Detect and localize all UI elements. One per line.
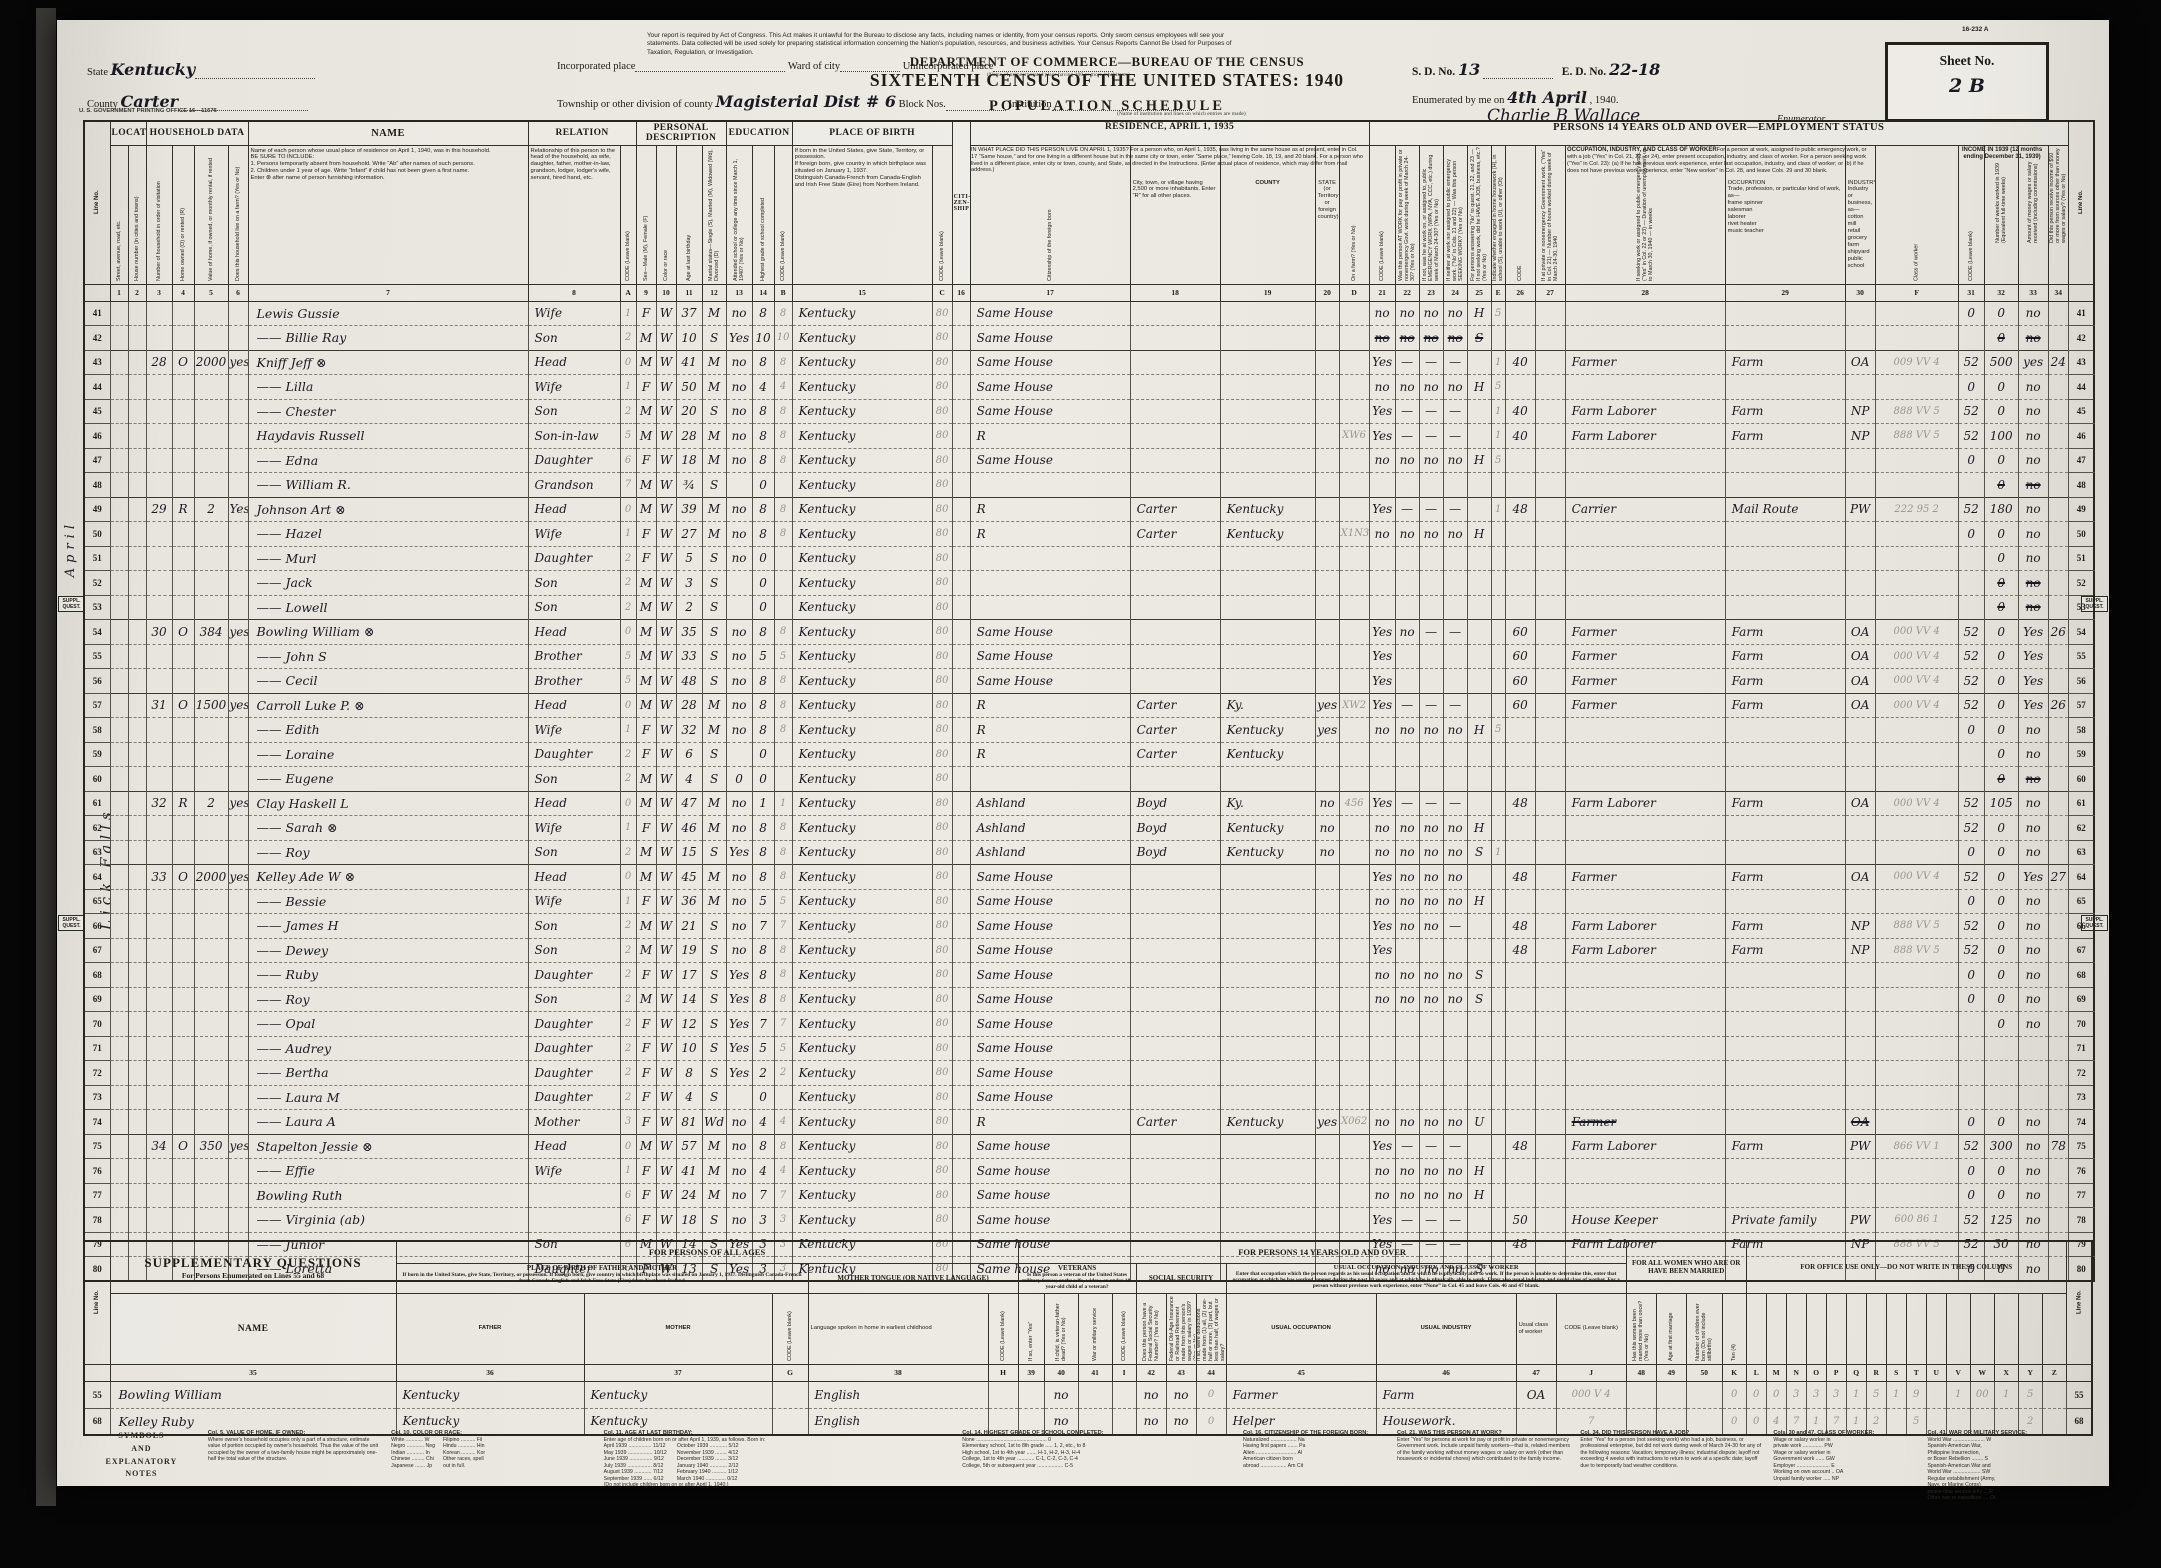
cell-residence-city: Same House <box>970 375 1130 400</box>
cell-code-c: 80 <box>932 1110 952 1135</box>
cap-code-a: CODE (Leave blank) <box>620 145 636 284</box>
cell-residence-city: R <box>970 693 1130 718</box>
cell-residence-city: R <box>970 522 1130 547</box>
cell-birthplace: Kentucky <box>792 1183 932 1208</box>
cell-marital: M <box>702 424 726 449</box>
cell-farm-schedule: 26 <box>2048 693 2068 718</box>
cell-seeking-work <box>1419 546 1443 571</box>
veterans-title: VETERANS <box>1058 1264 1096 1272</box>
cell-residence-county: Carter <box>1130 742 1220 767</box>
cell-birthplace: Kentucky <box>792 987 932 1012</box>
col-number: 2 <box>128 284 146 301</box>
cell-residence-state <box>1220 669 1315 694</box>
cell-citizenship <box>952 1085 970 1110</box>
cell-race: W <box>656 301 676 326</box>
cell-code-e <box>1491 767 1505 792</box>
cell-residence-county <box>1130 1134 1220 1159</box>
cell-residence-county <box>1130 620 1220 645</box>
cell-other-income: no <box>2018 840 2048 865</box>
cell-residence-state: Kentucky <box>1220 522 1315 547</box>
cell-residence-city: R <box>970 742 1130 767</box>
cell-emergency-work <box>1395 1061 1419 1086</box>
cell-owned-rented <box>172 889 194 914</box>
col-number <box>2068 284 2094 301</box>
cell-residence-state: Kentucky <box>1220 718 1315 743</box>
cell-residence-county <box>1130 571 1220 596</box>
cell-code-c: 80 <box>932 938 952 963</box>
cell-house-no <box>128 375 146 400</box>
cell-marital: S <box>702 938 726 963</box>
cell-relation: Son <box>528 987 620 1012</box>
cell-street <box>110 963 128 988</box>
cell-unemp-weeks <box>1535 644 1565 669</box>
office-col <box>1766 1293 1786 1364</box>
cell-household-no: 28 <box>146 350 172 375</box>
cap-have-job: For persons answering “No” to quest. 21,… <box>1467 145 1491 284</box>
cell-code-b <box>774 767 792 792</box>
cell-other-income: no <box>2018 938 2048 963</box>
office-cell: 3 <box>1826 1381 1846 1408</box>
cell-at-work <box>1369 1085 1395 1110</box>
cell-code-f <box>1875 889 1958 914</box>
cell-seeking-work: — <box>1419 1208 1443 1233</box>
cell-relation: Son <box>528 938 620 963</box>
cell-home-value <box>194 571 228 596</box>
sd-value: 13 <box>1458 60 1480 79</box>
cell-seeking-work: no <box>1419 718 1443 743</box>
cell-name: Bowling Ruth <box>248 1183 528 1208</box>
cell-industry <box>1725 1085 1845 1110</box>
cell-attended-school: no <box>726 644 752 669</box>
cell-household-no <box>146 718 172 743</box>
cell-housework-school <box>1467 767 1491 792</box>
explanatory-notes: SYMBOLS AND EXPLANATORY NOTES Col. 5. VA… <box>83 1430 2093 1502</box>
note-col11-b: October 1939 ............ 5/12 November … <box>677 1443 739 1482</box>
cell-household-no <box>146 767 172 792</box>
note-col41: Col. 41. WAR OR MILITARY SERVICE:World W… <box>1927 1430 2093 1502</box>
cell-code-e <box>1491 1183 1505 1208</box>
cell-street <box>110 546 128 571</box>
cell-citizenship <box>952 595 970 620</box>
cell-house-no <box>128 767 146 792</box>
cell-attended-school: no <box>726 448 752 473</box>
cell-unemp-weeks <box>1535 595 1565 620</box>
cell-code-f: 000 VV 4 <box>1875 865 1958 890</box>
suppl-cell-48 <box>1626 1381 1656 1408</box>
cell-industry: Farm <box>1725 938 1845 963</box>
cell-emergency-work: no <box>1395 448 1419 473</box>
cell-code-f <box>1875 1012 1958 1037</box>
cell-seeking-work: no <box>1419 326 1443 351</box>
cell-code-d <box>1339 889 1369 914</box>
cell-seeking-work: — <box>1419 497 1443 522</box>
cell-relation: Son <box>528 914 620 939</box>
cell-age: ¾ <box>676 473 702 498</box>
table-row: 57 31 O 1500 yes Carroll Luke P. ⊗ Head … <box>84 693 2094 718</box>
cell-residence-state <box>1220 424 1315 449</box>
cell-hours <box>1505 326 1535 351</box>
cell-marital: M <box>702 889 726 914</box>
cell-other-income: no <box>2018 424 2048 449</box>
township-value: Magisterial Dist # 6 <box>716 92 896 111</box>
sheet-number-box: Sheet No. 2 B <box>1885 42 2049 122</box>
cell-name: —— Edna <box>248 448 528 473</box>
cell-age: 6 <box>676 742 702 767</box>
cell-code-b: 8 <box>774 350 792 375</box>
cell-wages: 0 <box>1984 718 2018 743</box>
cell-unemp-weeks <box>1535 1012 1565 1037</box>
col-number: 41 <box>1078 1364 1112 1381</box>
cell-other-income: no <box>2018 816 2048 841</box>
cell-relation: Brother <box>528 644 620 669</box>
cell-sex: M <box>636 473 656 498</box>
cell-seeking-work: no <box>1419 865 1443 890</box>
cell-age: 81 <box>676 1110 702 1135</box>
dotted-rule <box>178 99 308 111</box>
cell-housework-school <box>1467 938 1491 963</box>
cell-residence-county: Carter <box>1130 693 1220 718</box>
cell-class-of-worker <box>1845 742 1875 767</box>
col-number: 17 <box>970 284 1130 301</box>
cell-class-of-worker <box>1845 889 1875 914</box>
cell-code-e <box>1491 1085 1505 1110</box>
cell-unemp-weeks <box>1535 301 1565 326</box>
col-number: 7 <box>248 284 528 301</box>
cell-code-f <box>1875 1183 1958 1208</box>
cell-name: —— John S <box>248 644 528 669</box>
cell-class-of-worker: OA <box>1845 1110 1875 1135</box>
office-col <box>1846 1293 1866 1364</box>
symbols-block: SYMBOLS AND EXPLANATORY NOTES <box>83 1430 200 1502</box>
cell-marital: M <box>702 1159 726 1184</box>
cell-house-no <box>128 865 146 890</box>
usual-note: Enter that occupation which the person r… <box>1228 1271 1625 1289</box>
cell-at-work: Yes <box>1369 424 1395 449</box>
cell-race: W <box>656 963 676 988</box>
cell-farm <box>228 522 248 547</box>
cell-attended-school <box>726 742 752 767</box>
cell-class-of-worker: OA <box>1845 865 1875 890</box>
cell-hours: 60 <box>1505 669 1535 694</box>
cell-residence-state <box>1220 963 1315 988</box>
cell-class-of-worker <box>1845 1012 1875 1037</box>
suppl-cap-code-h: CODE (Leave blank) <box>988 1293 1018 1364</box>
pob-note: If born in the United States, give State… <box>398 1272 807 1284</box>
cell-residence-farm <box>1315 497 1339 522</box>
cell-sex: M <box>636 865 656 890</box>
cell-industry <box>1725 767 1845 792</box>
cell-emergency-work <box>1395 473 1419 498</box>
table-row: 44 —— Lilla Wife 1 F W 50 M no 4 4 Kentu… <box>84 375 2094 400</box>
cell-code-b <box>774 1085 792 1110</box>
suppl-cell-code-h <box>988 1381 1018 1408</box>
cell-residence-county: Boyd <box>1130 840 1220 865</box>
cell-have-job: — <box>1443 914 1467 939</box>
cell-age: 27 <box>676 522 702 547</box>
cell-race: W <box>656 767 676 792</box>
cell-household-no <box>146 1085 172 1110</box>
cell-seeking-work: no <box>1419 963 1443 988</box>
col-number: 10 <box>656 284 676 301</box>
cell-citizenship <box>952 424 970 449</box>
col-number: 40 <box>1044 1364 1078 1381</box>
cell-home-value: 350 <box>194 1134 228 1159</box>
cell-at-work: Yes <box>1369 938 1395 963</box>
cell-farm <box>228 742 248 767</box>
cell-wages: 0 <box>1984 1110 2018 1135</box>
cell-class-of-worker <box>1845 840 1875 865</box>
cell-house-no <box>128 914 146 939</box>
cell-race: W <box>656 840 676 865</box>
cell-sex: F <box>636 1183 656 1208</box>
col-number: L <box>1746 1364 1766 1381</box>
cell-residence-state <box>1220 448 1315 473</box>
cell-name: Haydavis Russell <box>248 424 528 449</box>
suppl-cell-43: no <box>1166 1381 1196 1408</box>
cell-weeks-worked: 52 <box>1958 669 1984 694</box>
cell-code-f <box>1875 301 1958 326</box>
table-row: 64 33 O 2000 yes Kelley Ade W ⊗ Head 0 M… <box>84 865 2094 890</box>
cell-other-income: no <box>2018 1183 2048 1208</box>
cell-occupation <box>1565 448 1725 473</box>
cell-code-a: 1 <box>620 1159 636 1184</box>
cell-code-b: 7 <box>774 1183 792 1208</box>
cell-housework-school: S <box>1467 987 1491 1012</box>
cell-owned-rented: O <box>172 693 194 718</box>
cell-unemp-weeks <box>1535 497 1565 522</box>
cap-marital-status: Marital status—Single (S), Married (M), … <box>702 145 726 284</box>
cell-residence-state <box>1220 350 1315 375</box>
cell-emergency-work: no <box>1395 522 1419 547</box>
cell-farm <box>228 644 248 669</box>
cell-house-no <box>128 620 146 645</box>
cell-have-job: no <box>1443 718 1467 743</box>
cell-owned-rented <box>172 1036 194 1061</box>
cell-relation: Son <box>528 840 620 865</box>
office-col <box>1746 1293 1766 1364</box>
office-col <box>1926 1293 1946 1364</box>
cell-street <box>110 424 128 449</box>
cell-name: —— Cecil <box>248 669 528 694</box>
cell-occupation <box>1565 1085 1725 1110</box>
cell-attended-school: no <box>726 914 752 939</box>
cell-have-job: no <box>1443 865 1467 890</box>
note-col3047: Cols. 30 and 47. CLASS OF WORKER:Wage or… <box>1773 1430 1919 1502</box>
cell-farm-schedule <box>2048 963 2068 988</box>
cell-line-no: 52 <box>84 571 110 596</box>
cell-name: Lewis Gussie <box>248 301 528 326</box>
cell-seeking-work <box>1419 571 1443 596</box>
cell-industry <box>1725 889 1845 914</box>
cell-code-a: 5 <box>620 669 636 694</box>
cell-code-c: 80 <box>932 644 952 669</box>
cell-street <box>110 791 128 816</box>
cell-wages: 0 <box>1984 742 2018 767</box>
cell-farm <box>228 1159 248 1184</box>
cell-hours <box>1505 1036 1535 1061</box>
cell-sex: F <box>636 1159 656 1184</box>
cell-emergency-work: no <box>1395 816 1419 841</box>
cell-grade: 8 <box>752 816 774 841</box>
dotted-rule <box>946 99 1006 111</box>
cell-code-e <box>1491 620 1505 645</box>
cell-race: W <box>656 1183 676 1208</box>
cell-code-c: 80 <box>932 620 952 645</box>
col-number: 6 <box>228 284 248 301</box>
cell-at-work: Yes <box>1369 693 1395 718</box>
office-cell: 0 <box>1746 1381 1766 1408</box>
cell-residence-county <box>1130 326 1220 351</box>
cell-unemp-weeks <box>1535 816 1565 841</box>
cell-grade: 0 <box>752 595 774 620</box>
cell-code-f <box>1875 840 1958 865</box>
cell-residence-state: Kentucky <box>1220 1110 1315 1135</box>
cell-marital: S <box>702 644 726 669</box>
cell-age: 19 <box>676 938 702 963</box>
cell-grade: 7 <box>752 1183 774 1208</box>
cell-code-d <box>1339 301 1369 326</box>
cell-relation: Brother <box>528 669 620 694</box>
col-number: 30 <box>1845 284 1875 301</box>
enum-year: , 1940. <box>1590 95 1619 106</box>
cell-code-f: 000 VV 4 <box>1875 620 1958 645</box>
cell-attended-school: no <box>726 816 752 841</box>
cell-code-a: 6 <box>620 1208 636 1233</box>
cell-house-no <box>128 497 146 522</box>
cell-unemp-weeks <box>1535 1061 1565 1086</box>
cell-attended-school: no <box>726 693 752 718</box>
cell-industry <box>1725 718 1845 743</box>
cell-race: W <box>656 595 676 620</box>
enum-prefix: Enumerated by me on <box>1412 95 1504 106</box>
cap-class-of-worker: Class of worker <box>1875 145 1958 284</box>
cell-street <box>110 497 128 522</box>
cell-attended-school: no <box>726 424 752 449</box>
cell-wages: 0 <box>1984 595 2018 620</box>
cell-name: —— Lowell <box>248 595 528 620</box>
cell-house-no <box>128 1159 146 1184</box>
cell-housework-school <box>1467 1208 1491 1233</box>
cell-occupation <box>1565 963 1725 988</box>
cell-code-f <box>1875 595 1958 620</box>
cell-code-f <box>1875 473 1958 498</box>
suppl-cap-44: If so, were deductions made from (1) all… <box>1196 1293 1226 1364</box>
cell-household-no <box>146 816 172 841</box>
cell-have-job: no <box>1443 987 1467 1012</box>
cell-sex: F <box>636 1085 656 1110</box>
cap-relationship: Relationship of this person to the head … <box>528 145 620 284</box>
cell-house-no <box>128 1036 146 1061</box>
cell-owned-rented: O <box>172 350 194 375</box>
cell-code-d <box>1339 1061 1369 1086</box>
cell-marital: S <box>702 473 726 498</box>
col-number: S <box>1886 1364 1906 1381</box>
cell-residence-county <box>1130 1012 1220 1037</box>
cell-code-d <box>1339 571 1369 596</box>
col-number: 16 <box>952 284 970 301</box>
cell-race: W <box>656 448 676 473</box>
cell-name: —— William R. <box>248 473 528 498</box>
cell-unemp-weeks <box>1535 620 1565 645</box>
cell-grade: 8 <box>752 693 774 718</box>
cell-farm: yes <box>228 620 248 645</box>
cell-class-of-worker: OA <box>1845 669 1875 694</box>
cell-line-no-right: 65 <box>2068 889 2094 914</box>
cell-age: 20 <box>676 399 702 424</box>
cell-age: 28 <box>676 424 702 449</box>
cell-farm-schedule <box>2048 595 2068 620</box>
cell-attended-school <box>726 1085 752 1110</box>
cell-class-of-worker <box>1845 546 1875 571</box>
cell-line-no: 48 <box>84 473 110 498</box>
cell-wages: 0 <box>1984 914 2018 939</box>
cell-code-d <box>1339 448 1369 473</box>
cell-at-work: Yes <box>1369 669 1395 694</box>
cell-marital: S <box>702 669 726 694</box>
cell-residence-county <box>1130 1208 1220 1233</box>
suppl-subgroup-veterans: VETERANSIs this person a veteran of the … <box>1018 1263 1136 1293</box>
col-number: V <box>1946 1364 1970 1381</box>
cell-household-no <box>146 448 172 473</box>
col-number: 23 <box>1419 284 1443 301</box>
table-row: 74 —— Laura A Mother 3 F W 81 Wd no 4 4 … <box>84 1110 2094 1135</box>
cell-line-no-right: 64 <box>2068 865 2094 890</box>
cell-farm-schedule <box>2048 742 2068 767</box>
cell-residence-city: R <box>970 497 1130 522</box>
cell-other-income: no <box>2018 963 2048 988</box>
cell-home-value <box>194 816 228 841</box>
cell-residence-state <box>1220 1208 1315 1233</box>
cell-code-f: 000 VV 4 <box>1875 693 1958 718</box>
cell-unemp-weeks <box>1535 963 1565 988</box>
cell-wages: 500 <box>1984 350 2018 375</box>
cell-weeks-worked: 0 <box>1958 522 1984 547</box>
cell-unemp-weeks <box>1535 522 1565 547</box>
cell-hours: 40 <box>1505 424 1535 449</box>
cell-code-f <box>1875 742 1958 767</box>
cell-citizenship <box>952 914 970 939</box>
cell-class-of-worker: NP <box>1845 914 1875 939</box>
cell-code-f: 009 VV 4 <box>1875 350 1958 375</box>
cell-occupation <box>1565 767 1725 792</box>
cell-attended-school: no <box>726 791 752 816</box>
office-col <box>1994 1293 2018 1364</box>
cell-street <box>110 1208 128 1233</box>
cell-residence-farm <box>1315 399 1339 424</box>
cell-code-e <box>1491 644 1505 669</box>
cell-household-no <box>146 301 172 326</box>
cell-sex: F <box>636 1110 656 1135</box>
cell-street <box>110 644 128 669</box>
cell-line-no: 49 <box>84 497 110 522</box>
cell-other-income: no <box>2018 914 2048 939</box>
cell-citizenship <box>952 375 970 400</box>
cell-birthplace: Kentucky <box>792 1159 932 1184</box>
cell-code-d: X062 <box>1339 1110 1369 1135</box>
cell-at-work <box>1369 1061 1395 1086</box>
office-col <box>1786 1293 1806 1364</box>
table-row: 55 —— John S Brother 5 M W 33 S no 5 5 K… <box>84 644 2094 669</box>
cell-race: W <box>656 375 676 400</box>
cell-unemp-weeks <box>1535 693 1565 718</box>
cell-farm <box>228 840 248 865</box>
cell-line-no: 51 <box>84 546 110 571</box>
cell-attended-school: Yes <box>726 1061 752 1086</box>
col-number: 20 <box>1315 284 1339 301</box>
cell-line-no-right: 76 <box>2068 1159 2094 1184</box>
cell-code-a: 0 <box>620 497 636 522</box>
cell-emergency-work: no <box>1395 840 1419 865</box>
